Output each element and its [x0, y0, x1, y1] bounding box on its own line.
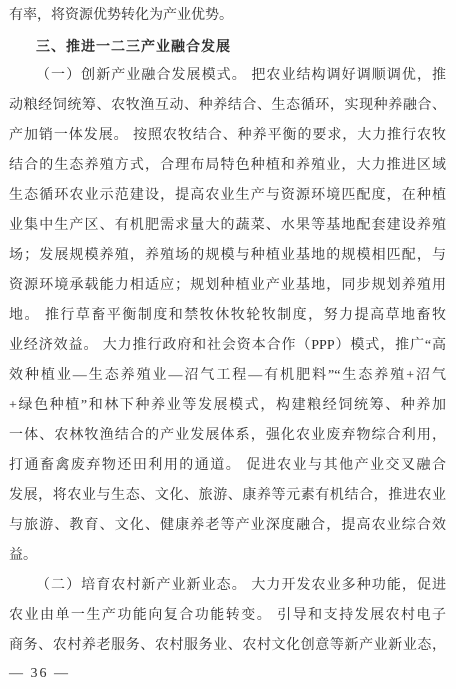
- text-line: 一体、农林牧渔结合的产业发展体系，强化农业废弃物综合利用，: [9, 421, 446, 451]
- text-line: （一）创新产业融合发展模式。 把农业结构调好调顺调优，推: [9, 61, 446, 91]
- text-line: 商务、农村养老服务、农村服务业、农村文化创意等新产业新业态，: [9, 631, 446, 661]
- text-line: 结合的生态养殖方式，合理布局特色种植和养殖业，大力推进区域: [9, 151, 446, 181]
- text-line: 业集中生产区、有机肥需求量大的蔬菜、水果等基地配套建设养殖: [9, 211, 446, 241]
- text-line: 有率，将资源优势转化为产业优势。: [9, 1, 446, 31]
- text-line: 与旅游、教育、文化、健康养老等产业深度融合，提高农业综合效: [9, 511, 446, 541]
- text-line: 发展，将农业与生态、文化、旅游、康养等元素有机结合，推进农业: [9, 481, 446, 511]
- text-line: 打通畜禽废弃物还田利用的通道。 促进农业与其他产业交叉融合: [9, 451, 446, 481]
- section-heading: 三、推进一二三产业融合发展: [9, 31, 446, 61]
- document-body: 有率，将资源优势转化为产业优势。 三、推进一二三产业融合发展 （一）创新产业融合…: [9, 1, 446, 661]
- text-line: 益。: [9, 541, 446, 571]
- text-line: （二）培育农村新产业新业态。 大力开发农业多种功能，促进: [9, 571, 446, 601]
- page-number: — 36 —: [9, 663, 70, 685]
- text-line: 产加销一体发展。 按照农牧结合、种养平衡的要求，大力推行农牧: [9, 121, 446, 151]
- text-line: 生态循环农业示范建设，提高农业生产与资源环境匹配度，在种植: [9, 181, 446, 211]
- text-line: 地。 推行草畜平衡制度和禁牧休牧轮牧制度，努力提高草地畜牧: [9, 301, 446, 331]
- text-line: 资源环境承载能力相适应；规划种植业产业基地，同步规划养殖用: [9, 271, 446, 301]
- document-page: 有率，将资源优势转化为产业优势。 三、推进一二三产业融合发展 （一）创新产业融合…: [0, 0, 456, 689]
- text-line: 农业由单一生产功能向复合功能转变。 引导和支持发展农村电子: [9, 601, 446, 631]
- text-line: 场；发展规模养殖，养殖场的规模与种植业基地的规模相匹配，与: [9, 241, 446, 271]
- text-line: 效种植业—生态养殖业—沼气工程—有机肥料”“生态养殖+沼气: [9, 361, 446, 391]
- text-line: 动粮经饲统筹、农牧渔互动、种养结合、生态循环，实现种养融合、: [9, 91, 446, 121]
- text-line: 业经济效益。 大力推行政府和社会资本合作（PPP）模式，推广“高: [9, 331, 446, 361]
- text-line: +绿色种植”和林下种养业等发展模式，构建粮经饲统筹、种养加: [9, 391, 446, 421]
